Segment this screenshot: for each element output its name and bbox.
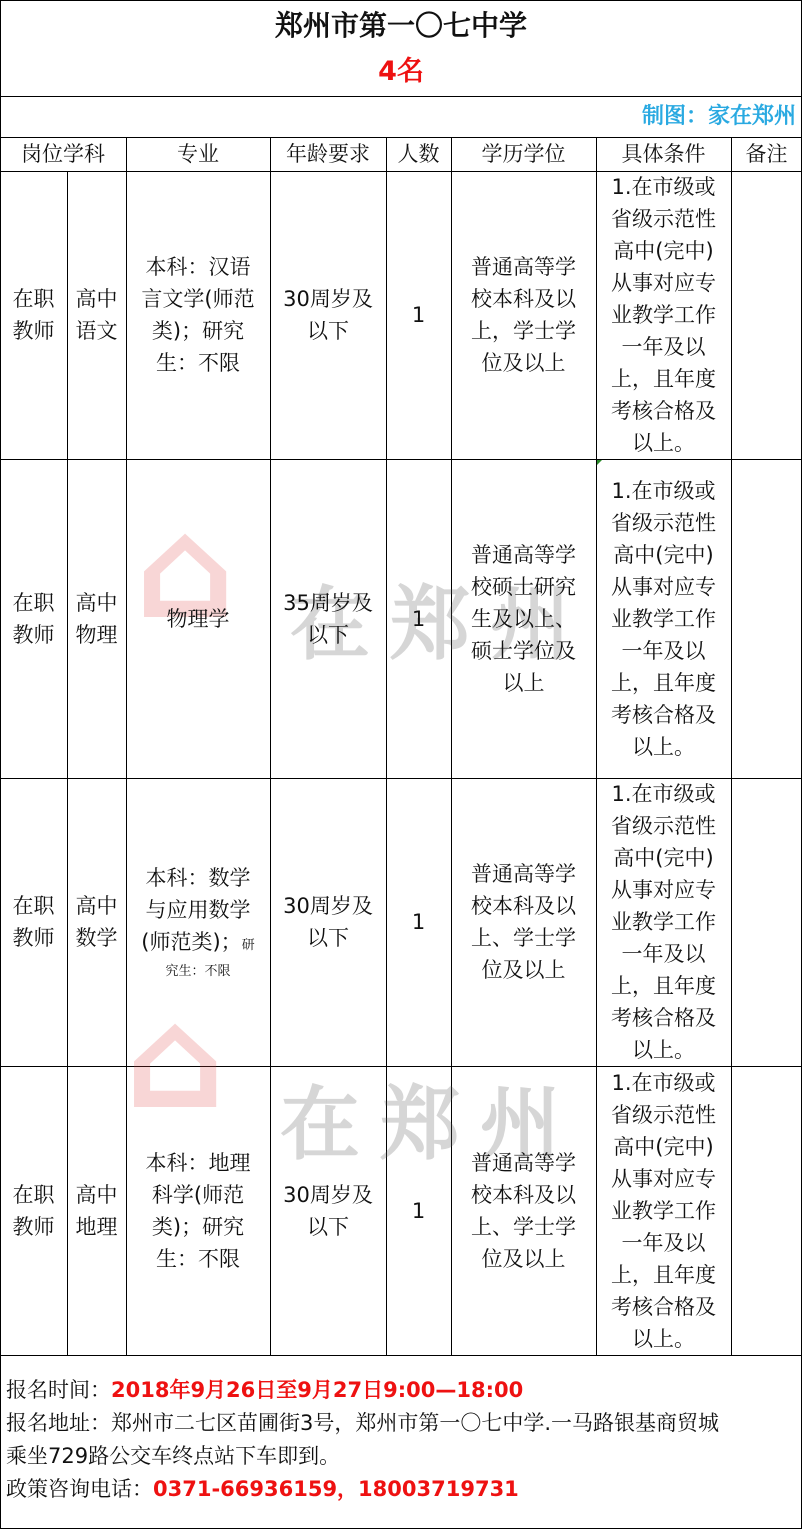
col-header-count: 人数 bbox=[386, 137, 451, 171]
school-title: 郑州市第一〇七中学 bbox=[0, 6, 802, 46]
cell-count: 1 bbox=[386, 171, 451, 459]
registration-address: 报名地址：郑州市二七区苗圃街3号，郑州市第一〇七中学.一马路银基商贸城 bbox=[6, 1407, 796, 1440]
cell-text: 省级示范性 bbox=[611, 203, 716, 235]
cell-text: 以上。 bbox=[611, 1323, 716, 1355]
cell-post: 在职教师 bbox=[0, 459, 67, 778]
cell-subject: 高中数学 bbox=[67, 778, 126, 1066]
cell-text: 考核合格及 bbox=[611, 699, 716, 731]
cell-text: 30周岁及 bbox=[283, 890, 373, 922]
cell-text: 教师 bbox=[13, 1211, 55, 1243]
cell-text: 校硕士研究 bbox=[471, 571, 576, 603]
hiring-count: 4名 bbox=[0, 52, 802, 92]
cell-text: 校本科及以 bbox=[471, 890, 576, 922]
cell-text: 生：不限 bbox=[146, 1243, 251, 1275]
cell-text: 一年及以 bbox=[611, 331, 716, 363]
cell-text: 1 bbox=[412, 1195, 425, 1227]
cell-text: 业教学工作 bbox=[611, 1195, 716, 1227]
cell-text: 类)；研究 bbox=[146, 1211, 251, 1243]
col-header-education: 学历学位 bbox=[451, 137, 596, 171]
cell-text: 在职 bbox=[13, 1179, 55, 1211]
cell-text: 硕士学位及 bbox=[471, 635, 576, 667]
cell-text: 上、学士学 bbox=[471, 1211, 576, 1243]
cell-text: 位及以上 bbox=[471, 1243, 576, 1275]
cell-text: 高中 bbox=[76, 890, 118, 922]
cell-major: 本科：汉语言文学(师范类)；研究生：不限 bbox=[126, 171, 270, 459]
cell-text: 以上。 bbox=[611, 427, 716, 459]
cell-text: 在职 bbox=[13, 283, 55, 315]
cell-text: 物理 bbox=[76, 619, 118, 651]
cell-text: 生及以上、 bbox=[471, 603, 576, 635]
cell-text: 以下 bbox=[283, 315, 373, 347]
cell-subject: 高中物理 bbox=[67, 459, 126, 778]
cell-text: 位及以上 bbox=[471, 347, 576, 379]
cell-line: (师范类)；研 bbox=[141, 926, 254, 962]
cell-text: 业教学工作 bbox=[611, 603, 716, 635]
cell-major: 本科：数学与应用数学(师范类)；研究生：不限 bbox=[126, 778, 270, 1066]
cell-text: 省级示范性 bbox=[611, 1099, 716, 1131]
cell-count: 1 bbox=[386, 459, 451, 778]
registration-address-line2: 乘坐729路公交车终点站下车即到。 bbox=[6, 1440, 796, 1473]
cell-text: 考核合格及 bbox=[611, 1002, 716, 1034]
cell-text-small: 研 bbox=[242, 938, 255, 953]
cell-text: 本科：数学 bbox=[141, 862, 254, 894]
cell-subject: 高中地理 bbox=[67, 1066, 126, 1355]
cell-major: 物理学 bbox=[126, 459, 270, 778]
cell-text: 言文学(师范 bbox=[141, 283, 254, 315]
cell-remarks bbox=[731, 1066, 802, 1355]
cell-conditions: 1.在市级或省级示范性高中(完中)从事对应专业教学工作一年及以上，且年度考核合格… bbox=[596, 171, 731, 459]
cell-text: 以下 bbox=[283, 922, 373, 954]
cell-text: 上，学士学 bbox=[471, 315, 576, 347]
cell-text: 一年及以 bbox=[611, 1227, 716, 1259]
cell-text: 在职 bbox=[13, 587, 55, 619]
col-header-major: 专业 bbox=[126, 137, 270, 171]
cell-text: 1.在市级或 bbox=[611, 778, 716, 810]
col-header-age: 年龄要求 bbox=[270, 137, 386, 171]
divider bbox=[0, 1355, 802, 1356]
cell-text: 教师 bbox=[13, 619, 55, 651]
cell-text: 省级示范性 bbox=[611, 810, 716, 842]
cell-text: 上，且年度 bbox=[611, 363, 716, 395]
cell-text: 一年及以 bbox=[611, 635, 716, 667]
cell-text: 物理学 bbox=[167, 603, 230, 635]
cell-education: 普通高等学校硕士研究生及以上、硕士学位及以上 bbox=[451, 459, 596, 778]
cell-conditions: 1.在市级或省级示范性高中(完中)从事对应专业教学工作一年及以上，且年度考核合格… bbox=[596, 778, 731, 1066]
cell-text: 科学(师范 bbox=[146, 1179, 251, 1211]
cell-text: 教师 bbox=[13, 315, 55, 347]
cell-post: 在职教师 bbox=[0, 778, 67, 1066]
cell-text: 1 bbox=[412, 603, 425, 635]
cell-text: 业教学工作 bbox=[611, 299, 716, 331]
cell-age: 30周岁及以下 bbox=[270, 171, 386, 459]
cell-text: 高中(完中) bbox=[611, 539, 716, 571]
cell-text: 教师 bbox=[13, 922, 55, 954]
cell-major: 本科：地理科学(师范类)；研究生：不限 bbox=[126, 1066, 270, 1355]
cell-text: 一年及以 bbox=[611, 938, 716, 970]
cell-text: 生：不限 bbox=[141, 347, 254, 379]
cell-subject: 高中语文 bbox=[67, 171, 126, 459]
cell-count: 1 bbox=[386, 778, 451, 1066]
cell-text: 35周岁及 bbox=[283, 587, 373, 619]
cell-text: 1 bbox=[412, 906, 425, 938]
cell-text: 语文 bbox=[76, 315, 118, 347]
cell-text: (师范类)； bbox=[141, 930, 241, 954]
cell-text: 业教学工作 bbox=[611, 906, 716, 938]
cell-text: 省级示范性 bbox=[611, 507, 716, 539]
cell-text: 上、学士学 bbox=[471, 922, 576, 954]
cell-text: 高中 bbox=[76, 283, 118, 315]
cell-text: 考核合格及 bbox=[611, 395, 716, 427]
cell-text: 高中(完中) bbox=[611, 235, 716, 267]
cell-text: 高中(完中) bbox=[611, 1131, 716, 1163]
cell-education: 普通高等学校本科及以上、学士学位及以上 bbox=[451, 778, 596, 1066]
cell-text: 校本科及以 bbox=[471, 1179, 576, 1211]
cell-education: 普通高等学校本科及以上，学士学位及以上 bbox=[451, 171, 596, 459]
cell-text: 类)；研究 bbox=[141, 315, 254, 347]
cell-age: 30周岁及以下 bbox=[270, 778, 386, 1066]
cell-text: 本科：汉语 bbox=[141, 251, 254, 283]
cell-text: 上，且年度 bbox=[611, 1259, 716, 1291]
cell-remarks bbox=[731, 171, 802, 459]
cell-text: 在职 bbox=[13, 890, 55, 922]
cell-text: 普通高等学 bbox=[471, 251, 576, 283]
cell-text: 1.在市级或 bbox=[611, 171, 716, 203]
cell-age: 30周岁及以下 bbox=[270, 1066, 386, 1355]
cell-text: 以上 bbox=[471, 667, 576, 699]
cell-text: 以上。 bbox=[611, 1034, 716, 1066]
cell-text: 考核合格及 bbox=[611, 1291, 716, 1323]
footer-info: 报名时间：2018年9月26日至9月27日9:00—18:00 报名地址：郑州市… bbox=[6, 1374, 796, 1506]
cell-text: 普通高等学 bbox=[471, 1147, 576, 1179]
cell-text: 位及以上 bbox=[471, 954, 576, 986]
cell-text: 以下 bbox=[283, 1211, 373, 1243]
cell-text: 从事对应专 bbox=[611, 267, 716, 299]
registration-time: 报名时间：2018年9月26日至9月27日9:00—18:00 bbox=[6, 1374, 796, 1407]
cell-text: 校本科及以 bbox=[471, 283, 576, 315]
chart-credit: 制图：家在郑州 bbox=[642, 100, 796, 134]
cell-text: 从事对应专 bbox=[611, 874, 716, 906]
cell-remarks bbox=[731, 459, 802, 778]
cell-count: 1 bbox=[386, 1066, 451, 1355]
cell-text: 以上。 bbox=[611, 731, 716, 763]
cell-text: 高中(完中) bbox=[611, 842, 716, 874]
cell-text: 1.在市级或 bbox=[611, 475, 716, 507]
cell-text: 普通高等学 bbox=[471, 858, 576, 890]
cell-text: 30周岁及 bbox=[283, 1179, 373, 1211]
col-header-post-subject: 岗位学科 bbox=[0, 137, 126, 171]
cell-text: 上，且年度 bbox=[611, 667, 716, 699]
cell-post: 在职教师 bbox=[0, 1066, 67, 1355]
cell-post: 在职教师 bbox=[0, 171, 67, 459]
cell-text: 与应用数学 bbox=[141, 894, 254, 926]
cell-text: 从事对应专 bbox=[611, 571, 716, 603]
divider bbox=[0, 96, 802, 97]
cell-text: 1.在市级或 bbox=[611, 1067, 716, 1099]
cell-text-small: 究生：不限 bbox=[141, 962, 254, 982]
cell-text: 从事对应专 bbox=[611, 1163, 716, 1195]
cell-age: 35周岁及以下 bbox=[270, 459, 386, 778]
cell-education: 普通高等学校本科及以上、学士学位及以上 bbox=[451, 1066, 596, 1355]
col-header-conditions: 具体条件 bbox=[596, 137, 731, 171]
cell-text: 以下 bbox=[283, 619, 373, 651]
cell-text: 普通高等学 bbox=[471, 539, 576, 571]
cell-text: 本科：地理 bbox=[146, 1147, 251, 1179]
cell-text: 上，且年度 bbox=[611, 970, 716, 1002]
cell-text: 地理 bbox=[76, 1211, 118, 1243]
cell-conditions: 1.在市级或省级示范性高中(完中)从事对应专业教学工作一年及以上，且年度考核合格… bbox=[596, 1066, 731, 1355]
cell-remarks bbox=[731, 778, 802, 1066]
cell-text: 30周岁及 bbox=[283, 283, 373, 315]
cell-text: 1 bbox=[412, 299, 425, 331]
cell-conditions: 1.在市级或省级示范性高中(完中)从事对应专业教学工作一年及以上，且年度考核合格… bbox=[596, 459, 731, 778]
policy-phone: 政策咨询电话：0371-66936159，18003719731 bbox=[6, 1473, 796, 1506]
cell-text: 高中 bbox=[76, 1179, 118, 1211]
cell-text: 数学 bbox=[76, 922, 118, 954]
cell-text: 高中 bbox=[76, 587, 118, 619]
col-header-remarks: 备注 bbox=[731, 137, 802, 171]
